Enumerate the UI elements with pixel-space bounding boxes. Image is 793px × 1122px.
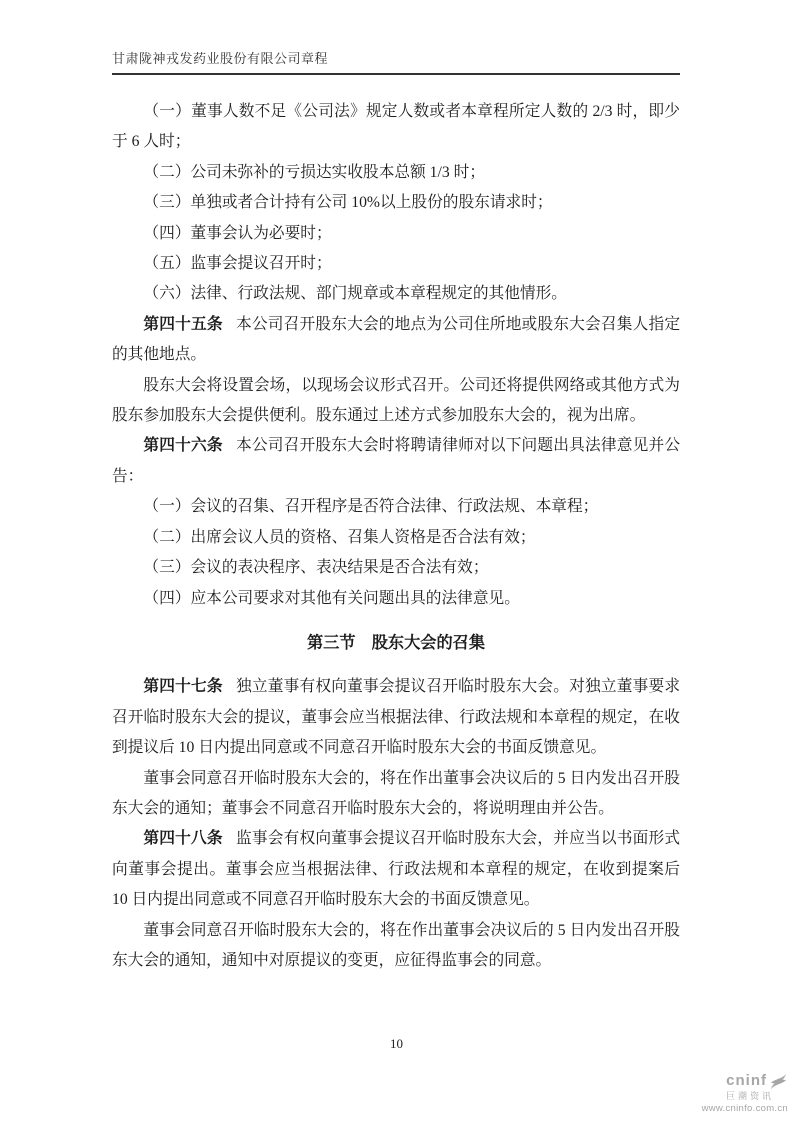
cninfo-logo: cninf 巨潮资讯 www.cninfo.com.cn — [702, 1072, 788, 1114]
list-item-paragraph: （三）单独或者合计持有公司 10%以上股份的股东请求时； — [112, 188, 680, 218]
logo-brand-row: cninf — [702, 1072, 788, 1091]
document-page: 甘肃陇神戎发药业股份有限公司章程 （一）董事人数不足《公司法》规定人数或者本章程… — [0, 0, 793, 1122]
article-paragraph: 第四十七条独立董事有权向董事会提议召开临时股东大会。对独立董事要求召开临时股东大… — [112, 672, 680, 763]
body-paragraph: 股东大会将设置会场，以现场会议形式召开。公司还将提供网络或其他方式为股东参加股东… — [112, 371, 680, 432]
list-item-paragraph: （一）会议的召集、召开程序是否符合法律、行政法规、本章程； — [112, 492, 680, 522]
article-paragraph: 第四十六条本公司召开股东大会时将聘请律师对以下问题出具法律意见并公告： — [112, 431, 680, 492]
page-header: 甘肃陇神戎发药业股份有限公司章程 — [112, 48, 680, 75]
article-number: 第四十七条 — [143, 678, 222, 695]
list-item-paragraph: （二）公司未弥补的亏损达实收股本总额 1/3 时； — [112, 158, 680, 188]
body-paragraph: 董事会同意召开临时股东大会的，将在作出董事会决议后的 5 日内发出召开股东大会的… — [112, 764, 680, 825]
list-item-paragraph: （三）会议的表决程序、表决结果是否合法有效； — [112, 553, 680, 583]
article-number: 第四十八条 — [143, 830, 222, 847]
logo-chinese-name: 巨潮资讯 — [702, 1092, 774, 1102]
article-number: 第四十六条 — [143, 437, 222, 454]
list-item-paragraph: （一）董事人数不足《公司法》规定人数或者本章程所定人数的 2/3 时，即少于 6… — [112, 97, 680, 158]
list-item-paragraph: （二）出席会议人员的资格、召集人资格是否合法有效； — [112, 523, 680, 553]
body-paragraph: 董事会同意召开临时股东大会的，将在作出董事会决议后的 5 日内发出召开股东大会的… — [112, 916, 680, 977]
article-paragraph: 第四十八条监事会有权向董事会提议召开临时股东大会，并应当以书面形式向董事会提出。… — [112, 824, 680, 915]
swirl-pinwheel-icon — [769, 1072, 788, 1091]
list-item-paragraph: （四）应本公司要求对其他有关问题出具的法律意见。 — [112, 584, 680, 614]
header-title: 甘肃陇神戎发药业股份有限公司章程 — [112, 51, 328, 66]
document-body: （一）董事人数不足《公司法》规定人数或者本章程所定人数的 2/3 时，即少于 6… — [112, 97, 680, 976]
article-number: 第四十五条 — [143, 316, 222, 333]
list-item-paragraph: （五）监事会提议召开时； — [112, 249, 680, 279]
section-heading: 第三节 股东大会的召集 — [112, 628, 680, 658]
list-item-paragraph: （四）董事会认为必要时； — [112, 219, 680, 249]
article-paragraph: 第四十五条本公司召开股东大会的地点为公司住所地或股东大会召集人指定的其他地点。 — [112, 310, 680, 371]
page-number: 10 — [0, 1036, 793, 1052]
list-item-paragraph: （六）法律、行政法规、部门规章或本章程规定的其他情形。 — [112, 279, 680, 309]
logo-brand-text: cninf — [726, 1073, 767, 1090]
logo-url: www.cninfo.com.cn — [702, 1104, 788, 1114]
